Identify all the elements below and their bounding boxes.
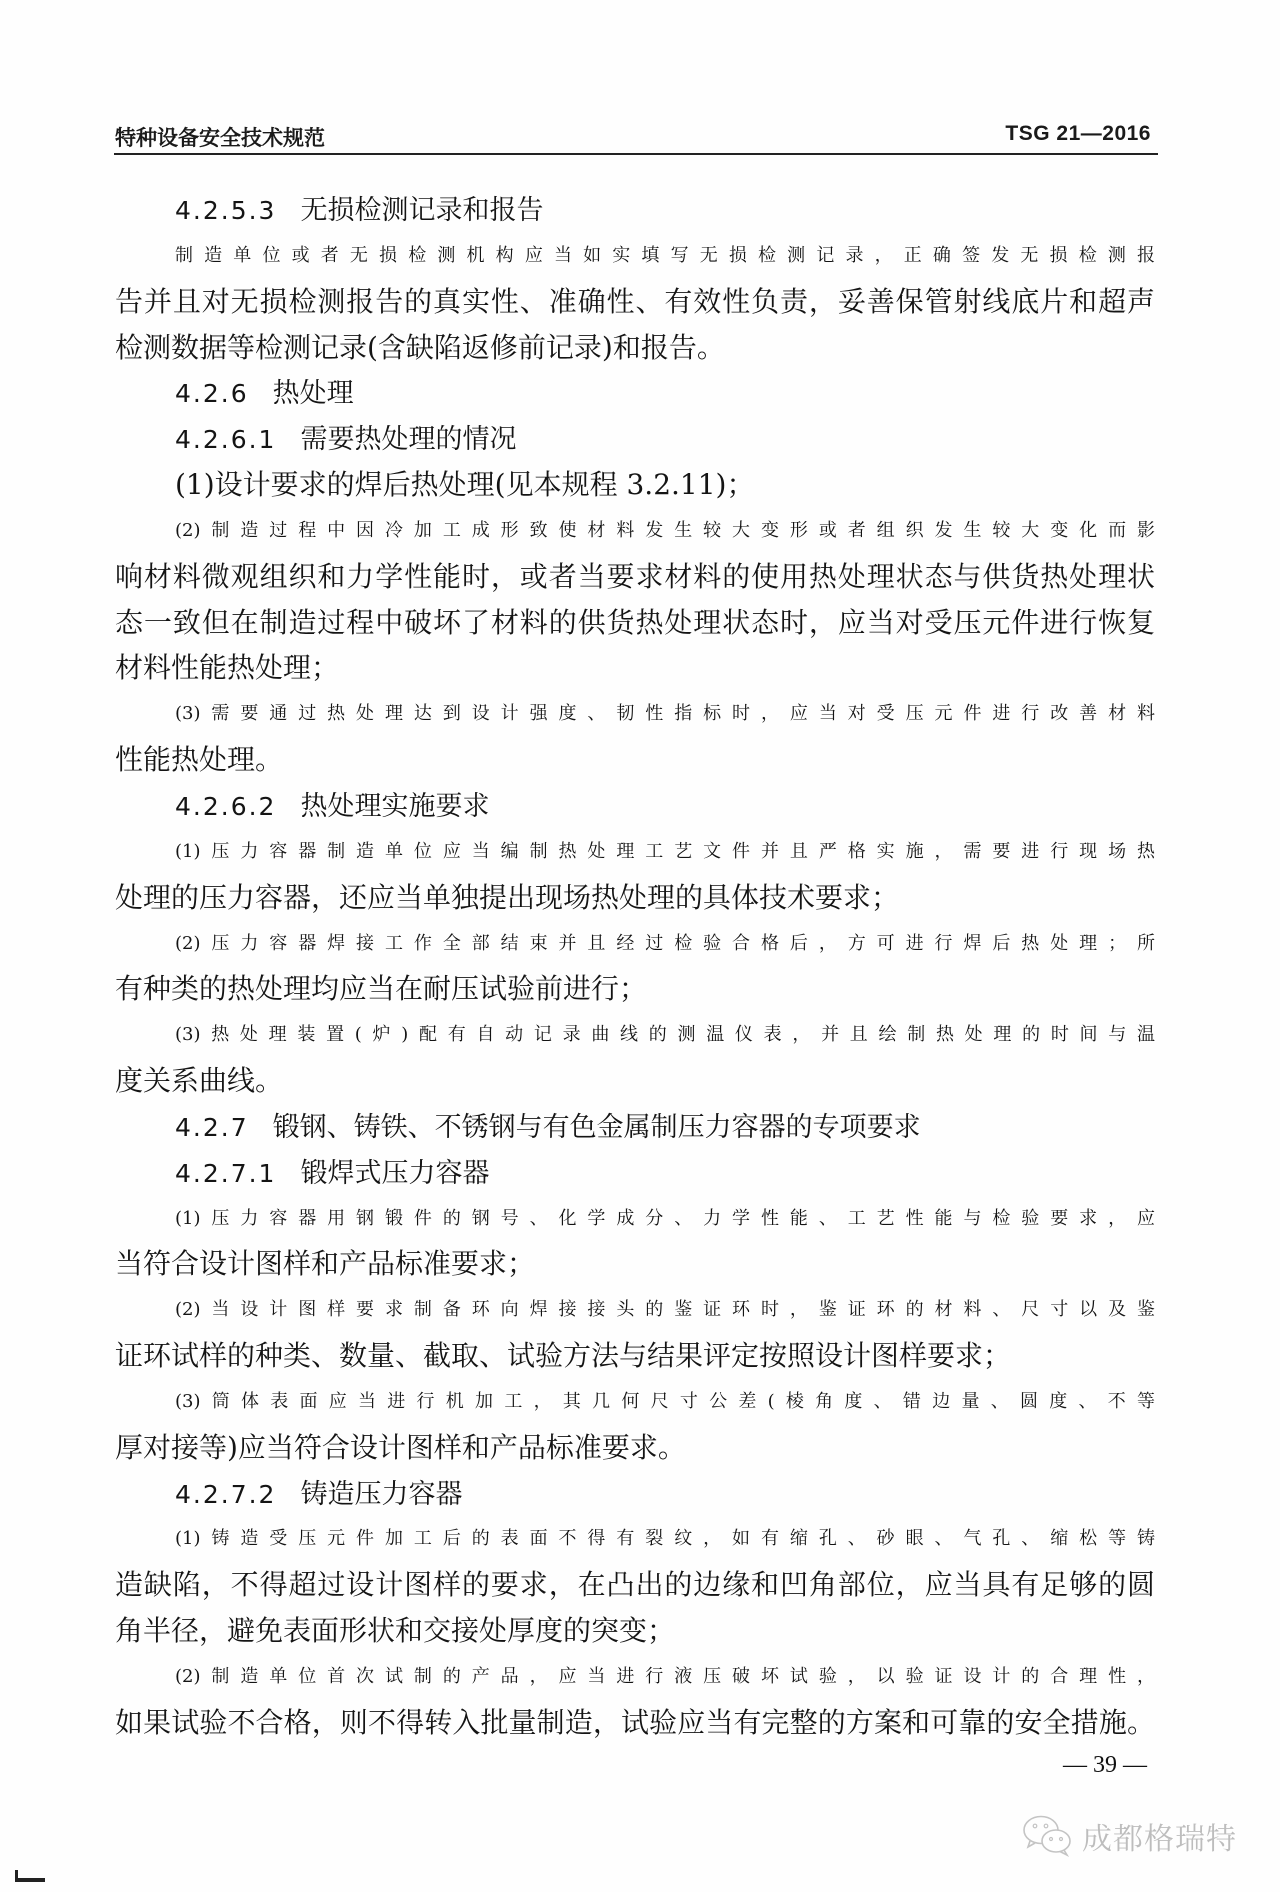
header-standard-code: TSG 21—2016 [1005, 122, 1151, 146]
paragraph-line: (3)热处理装置(炉)配有自动记录曲线的测温仪表，并且绘制热处理的时间与温 [115, 1012, 1155, 1058]
paragraph-line: 制造单位或者无损检测机构应当如实填写无损检测记录，正确签发无损检测报 [115, 233, 1155, 279]
paragraph-line: (2)压力容器焊接工作全部结束并且经过检验合格后，方可进行焊后热处理；所 [115, 921, 1155, 967]
paragraph-line: (3)需要通过热处理达到设计强度、韧性指标时，应当对受压元件进行改善材料 [115, 691, 1155, 737]
paragraph-line: (1)压力容器制造单位应当编制热处理工艺文件并且严格实施，需要进行现场热 [115, 829, 1155, 875]
paragraph-line: 检测数据等检测记录(含缺陷返修前记录)和报告。 [115, 325, 1155, 371]
section-title: 铸造压力容器 [300, 1479, 462, 1510]
watermark: 成都格瑞特 [1022, 1812, 1237, 1860]
paragraph-line: 性能热处理。 [115, 737, 1155, 783]
section-title: 锻焊式压力容器 [300, 1158, 489, 1189]
scan-artifact [15, 1870, 18, 1882]
section-heading: 4.2.6.1需要热处理的情况 [115, 416, 1155, 462]
paragraph-line: 材料性能热处理； [115, 645, 1155, 691]
paragraph-line: (1)设计要求的焊后热处理(见本规程 3.2.11)； [115, 462, 1155, 508]
section-number: 4.2.6.2 [175, 792, 276, 821]
section-number: 4.2.6 [175, 379, 249, 408]
paragraph-line: 度关系曲线。 [115, 1058, 1155, 1104]
paragraph-line: 厚对接等)应当符合设计图样和产品标准要求。 [115, 1425, 1155, 1471]
section-heading: 4.2.7锻钢、铸铁、不锈钢与有色金属制压力容器的专项要求 [115, 1104, 1155, 1150]
wechat-icon [1022, 1814, 1074, 1858]
scan-artifact [15, 1878, 45, 1882]
body-text: 4.2.5.3无损检测记录和报告制造单位或者无损检测机构应当如实填写无损检测记录… [115, 187, 1155, 1746]
section-number: 4.2.7.1 [175, 1159, 276, 1188]
paragraph-line: (1)压力容器用钢锻件的钢号、化学成分、力学性能、工艺性能与检验要求，应 [115, 1196, 1155, 1242]
section-heading: 4.2.6.2热处理实施要求 [115, 783, 1155, 829]
page-number: — 39 — [1050, 1752, 1160, 1779]
section-title: 无损检测记录和报告 [300, 195, 543, 226]
paragraph-line: 当符合设计图样和产品标准要求； [115, 1241, 1155, 1287]
section-heading: 4.2.7.1锻焊式压力容器 [115, 1150, 1155, 1196]
document-page: 特种设备安全技术规范 TSG 21—2016 4.2.5.3无损检测记录和报告制… [0, 0, 1280, 1892]
paragraph-line: (3)筒体表面应当进行机加工，其几何尺寸公差(棱角度、错边量、圆度、不等 [115, 1379, 1155, 1425]
watermark-text: 成都格瑞特 [1082, 1814, 1237, 1858]
paragraph-line: 有种类的热处理均应当在耐压试验前进行； [115, 966, 1155, 1012]
section-number: 4.2.6.1 [175, 425, 276, 454]
paragraph-line: 如果试验不合格，则不得转入批量制造，试验应当有完整的方案和可靠的安全措施。 [115, 1700, 1155, 1746]
paragraph-line: 告并且对无损检测报告的真实性、准确性、有效性负责，妥善保管射线底片和超声 [115, 279, 1155, 325]
paragraph-line: 处理的压力容器，还应当单独提出现场热处理的具体技术要求； [115, 875, 1155, 921]
paragraph-line: (2)当设计图样要求制备环向焊接接头的鉴证环时，鉴证环的材料、尺寸以及鉴 [115, 1287, 1155, 1333]
paragraph-line: 响材料微观组织和力学性能时，或者当要求材料的使用热处理状态与供货热处理状 [115, 554, 1155, 600]
paragraph-line: (1)铸造受压元件加工后的表面不得有裂纹，如有缩孔、砂眼、气孔、缩松等铸 [115, 1516, 1155, 1562]
section-title: 热处理实施要求 [300, 791, 489, 822]
running-header: 特种设备安全技术规范 TSG 21—2016 [115, 122, 1157, 156]
paragraph-line: 证环试样的种类、数量、截取、试验方法与结果评定按照设计图样要求； [115, 1333, 1155, 1379]
header-series-title: 特种设备安全技术规范 [115, 122, 325, 152]
section-heading: 4.2.7.2铸造压力容器 [115, 1471, 1155, 1517]
section-title: 锻钢、铸铁、不锈钢与有色金属制压力容器的专项要求 [273, 1112, 921, 1143]
paragraph-line: 角半径，避免表面形状和交接处厚度的突变； [115, 1608, 1155, 1654]
section-number: 4.2.7.2 [175, 1480, 276, 1509]
paragraph-line: (2)制造单位首次试制的产品，应当进行液压破坏试验，以验证设计的合理性， [115, 1654, 1155, 1700]
section-title: 需要热处理的情况 [300, 424, 516, 455]
section-number: 4.2.5.3 [175, 196, 276, 225]
header-rule [114, 153, 1158, 155]
section-number: 4.2.7 [175, 1113, 249, 1142]
section-heading: 4.2.6热处理 [115, 370, 1155, 416]
paragraph-line: 态一致但在制造过程中破坏了材料的供货热处理状态时，应当对受压元件进行恢复 [115, 600, 1155, 646]
section-heading: 4.2.5.3无损检测记录和报告 [115, 187, 1155, 233]
paragraph-line: 造缺陷，不得超过设计图样的要求，在凸出的边缘和凹角部位，应当具有足够的圆 [115, 1562, 1155, 1608]
section-title: 热处理 [273, 378, 354, 409]
paragraph-line: (2)制造过程中因冷加工成形致使材料发生较大变形或者组织发生较大变化而影 [115, 508, 1155, 554]
